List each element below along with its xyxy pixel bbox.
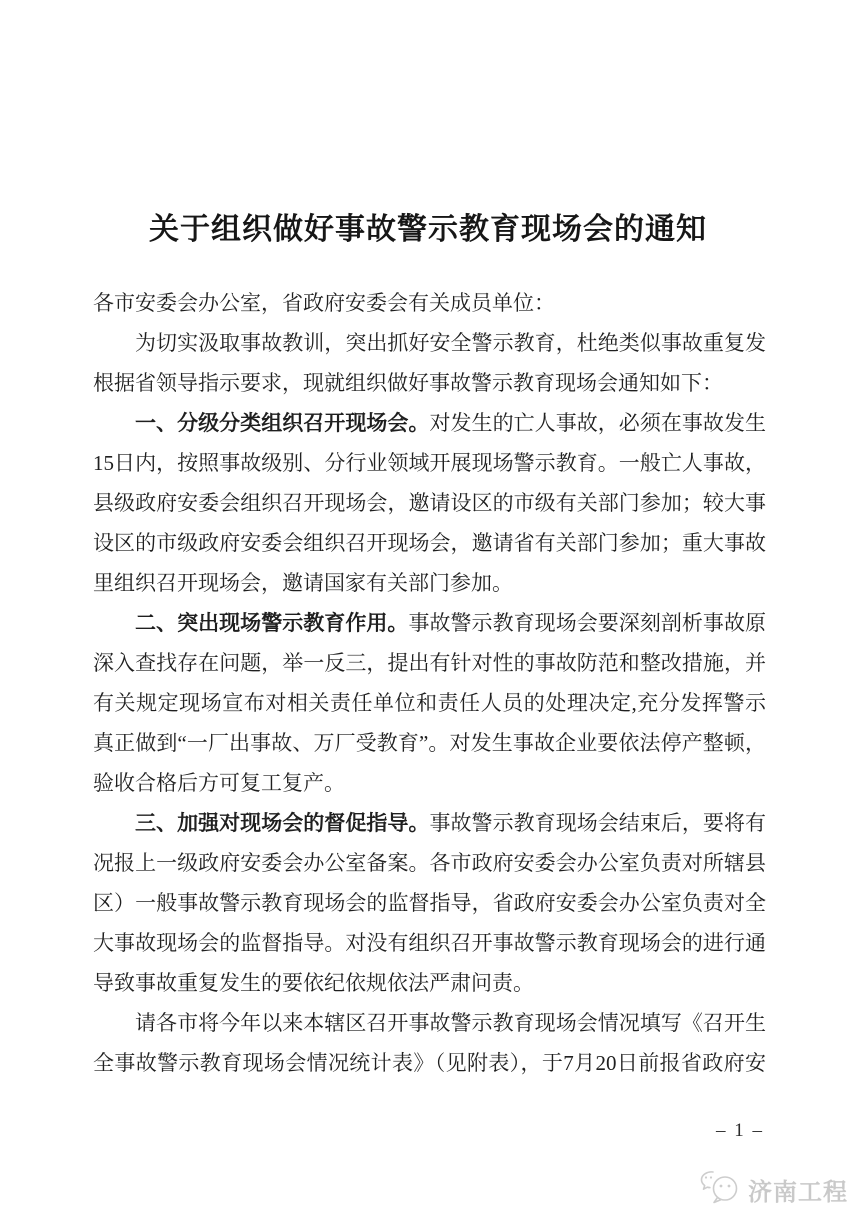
text-line: 况报上一级政府安委会办公室备案。各市政府安委会办公室负责对所辖县（市、 xyxy=(93,843,766,883)
line-text: 请各市将今年以来本辖区召开事故警示教育现场会情况填写《召开生产安 xyxy=(93,1011,766,1043)
line-text: 全事故警示教育现场会情况统计表》（见附表），于7月20日前报省政府安委 xyxy=(93,1051,766,1083)
line-text: 各市安委会办公室，省政府安委会有关成员单位： xyxy=(93,291,555,315)
watermark-label: 济南工程 xyxy=(748,1172,848,1207)
section-heading: 三、加强对现场会的督促指导。 xyxy=(135,812,429,835)
line-text: 县级政府安委会组织召开现场会，邀请设区的市级有关部门参加；较大事故由 xyxy=(93,491,766,523)
line-text: 深入查找存在问题，举一反三，提出有针对性的事故防范和整改措施，并按照 xyxy=(93,651,766,683)
text-line: 有关规定现场宣布对相关责任单位和责任人员的处理决定,充分发挥警示作用， xyxy=(93,683,766,723)
line-text: 15日内，按照事故级别、分行业领域开展现场警示教育。一般亡人事故，由 xyxy=(93,451,766,483)
line-text: 里组织召开现场会，邀请国家有关部门参加。 xyxy=(93,571,513,595)
text-line: 里组织召开现场会，邀请国家有关部门参加。 xyxy=(93,563,766,603)
text-line: 各市安委会办公室，省政府安委会有关成员单位： xyxy=(93,283,766,323)
text-line: 三、加强对现场会的督促指导。事故警示教育现场会结束后，要将有关情 xyxy=(93,803,766,843)
text-line: 验收合格后方可复工复产。 xyxy=(93,763,766,803)
text-line: 导致事故重复发生的要依纪依规依法严肃问责。 xyxy=(93,963,766,1003)
line-text: 大事故现场会的监督指导。对没有组织召开事故警示教育现场会的进行通报， xyxy=(93,931,766,963)
line-text: 根据省领导指示要求，现就组织做好事故警示教育现场会通知如下： xyxy=(93,371,723,395)
line-text: 区）一般事故警示教育现场会的监督指导，省政府安委会办公室负责对全省较 xyxy=(93,891,766,923)
section-heading: 二、突出现场警示教育作用。 xyxy=(135,612,408,635)
text-line: 全事故警示教育现场会情况统计表》（见附表），于7月20日前报省政府安委 xyxy=(93,1043,766,1083)
section-heading: 一、分级分类组织召开现场会。 xyxy=(135,412,429,435)
wechat-logo-icon xyxy=(698,1168,742,1211)
text-line: 根据省领导指示要求，现就组织做好事故警示教育现场会通知如下： xyxy=(93,363,766,403)
text-line: 请各市将今年以来本辖区召开事故警示教育现场会情况填写《召开生产安 xyxy=(93,1003,766,1043)
text-line: 县级政府安委会组织召开现场会，邀请设区的市级有关部门参加；较大事故由 xyxy=(93,483,766,523)
line-text: 设区的市级政府安委会组织召开现场会，邀请省有关部门参加；重大事故由省 xyxy=(93,531,766,563)
document-body: 各市安委会办公室，省政府安委会有关成员单位： 为切实汲取事故教训，突出抓好安全警… xyxy=(93,283,766,1083)
text-line: 设区的市级政府安委会组织召开现场会，邀请省有关部门参加；重大事故由省 xyxy=(93,523,766,563)
line-text: 有关规定现场宣布对相关责任单位和责任人员的处理决定,充分发挥警示作用， xyxy=(93,691,766,723)
text-line: 15日内，按照事故级别、分行业领域开展现场警示教育。一般亡人事故，由 xyxy=(93,443,766,483)
line-text: 为切实汲取事故教训，突出抓好安全警示教育，杜绝类似事故重复发生， xyxy=(93,331,766,363)
line-text: 验收合格后方可复工复产。 xyxy=(93,771,345,795)
document-title: 关于组织做好事故警示教育现场会的通知 xyxy=(0,204,856,248)
text-line: 为切实汲取事故教训，突出抓好安全警示教育，杜绝类似事故重复发生， xyxy=(93,323,766,363)
watermark: 济南工程 xyxy=(698,1168,848,1211)
text-line: 深入查找存在问题，举一反三，提出有针对性的事故防范和整改措施，并按照 xyxy=(93,643,766,683)
page-number: – 1 – xyxy=(716,1120,764,1142)
line-text: 况报上一级政府安委会办公室备案。各市政府安委会办公室负责对所辖县（市、 xyxy=(93,851,766,883)
text-line: 真正做到“一厂出事故、万厂受教育”。对发生事故企业要依法停产整顿，经 xyxy=(93,723,766,763)
text-line: 一、分级分类组织召开现场会。对发生的亡人事故，必须在事故发生后 xyxy=(93,403,766,443)
line-text: 真正做到“一厂出事故、万厂受教育”。对发生事故企业要依法停产整顿，经 xyxy=(93,731,766,763)
text-line: 二、突出现场警示教育作用。事故警示教育现场会要深刻剖析事故原因， xyxy=(93,603,766,643)
line-text: 导致事故重复发生的要依纪依规依法严肃问责。 xyxy=(93,971,534,995)
document-page: 关于组织做好事故警示教育现场会的通知 各市安委会办公室，省政府安委会有关成员单位… xyxy=(0,0,856,1225)
text-line: 大事故现场会的监督指导。对没有组织召开事故警示教育现场会的进行通报， xyxy=(93,923,766,963)
text-line: 区）一般事故警示教育现场会的监督指导，省政府安委会办公室负责对全省较 xyxy=(93,883,766,923)
